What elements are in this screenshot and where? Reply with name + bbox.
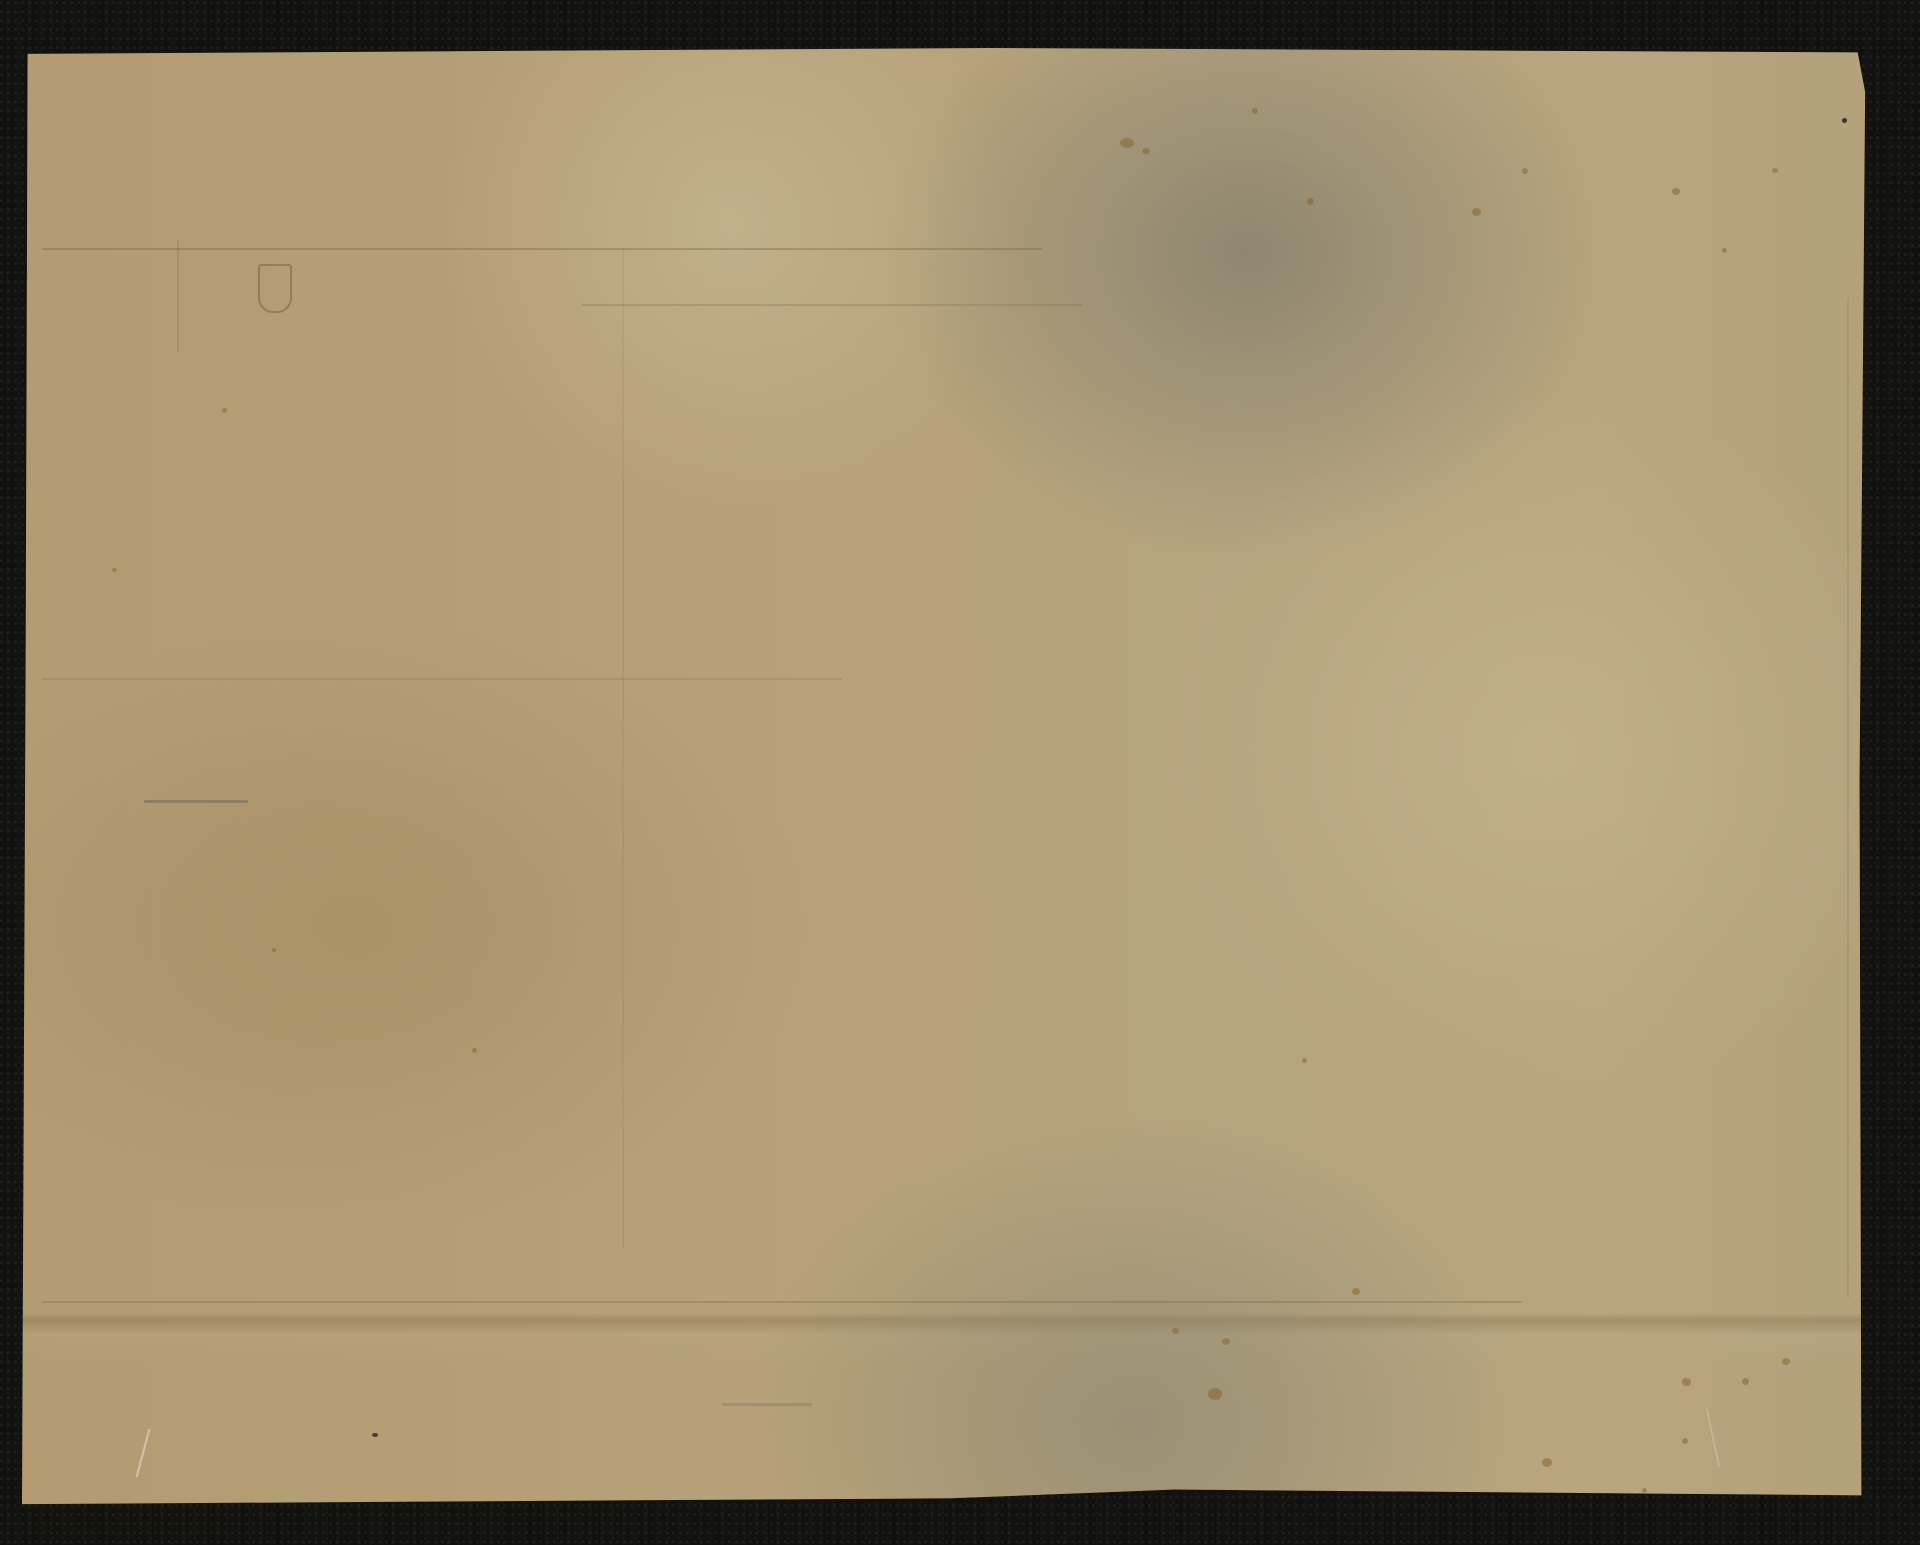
foxing-spot xyxy=(1142,148,1150,154)
showthrough-line xyxy=(582,304,1082,306)
showthrough-line xyxy=(622,248,624,1248)
foxing-spot xyxy=(1682,1438,1688,1444)
showthrough-line xyxy=(1847,298,1849,1298)
foxing-spot xyxy=(1772,168,1778,173)
paper-crease xyxy=(1706,1408,1720,1467)
foxing-spot xyxy=(1302,1058,1307,1063)
foxing-spot xyxy=(472,1048,477,1053)
showthrough-line xyxy=(42,678,842,680)
foxing-spot xyxy=(272,948,276,952)
foxing-spot xyxy=(1722,248,1727,253)
foxing-spot xyxy=(1742,1378,1749,1385)
foxing-spot xyxy=(1642,1488,1647,1493)
paper-crease xyxy=(136,1429,151,1478)
foxing-spot xyxy=(1682,1378,1691,1386)
foxing-spot xyxy=(1307,198,1314,205)
foxing-spot xyxy=(372,1433,378,1437)
foxing-spot xyxy=(1222,1338,1230,1345)
foxing-spot xyxy=(1208,1388,1222,1400)
foxing-spot xyxy=(1782,1358,1790,1365)
foxing-spot xyxy=(222,408,227,413)
showthrough-line xyxy=(42,248,1042,250)
foxing-spot xyxy=(1672,188,1680,195)
showthrough-line xyxy=(177,240,179,352)
foxing-spot xyxy=(1842,118,1847,123)
crest-mark-icon xyxy=(258,264,292,313)
foxing-spot xyxy=(1172,1328,1179,1334)
foxing-spot xyxy=(1472,208,1481,216)
pencil-mark xyxy=(144,800,248,803)
foxing-spot xyxy=(1522,168,1528,174)
foxing-spot xyxy=(1352,1288,1360,1295)
foxing-spot xyxy=(112,568,117,572)
pencil-mark xyxy=(722,1403,812,1406)
foxing-spot xyxy=(1120,138,1134,148)
foxing-spot xyxy=(1542,1458,1552,1467)
showthrough-line xyxy=(42,1301,1522,1303)
paper-sheet xyxy=(22,48,1880,1510)
foxing-spot xyxy=(1252,108,1258,114)
